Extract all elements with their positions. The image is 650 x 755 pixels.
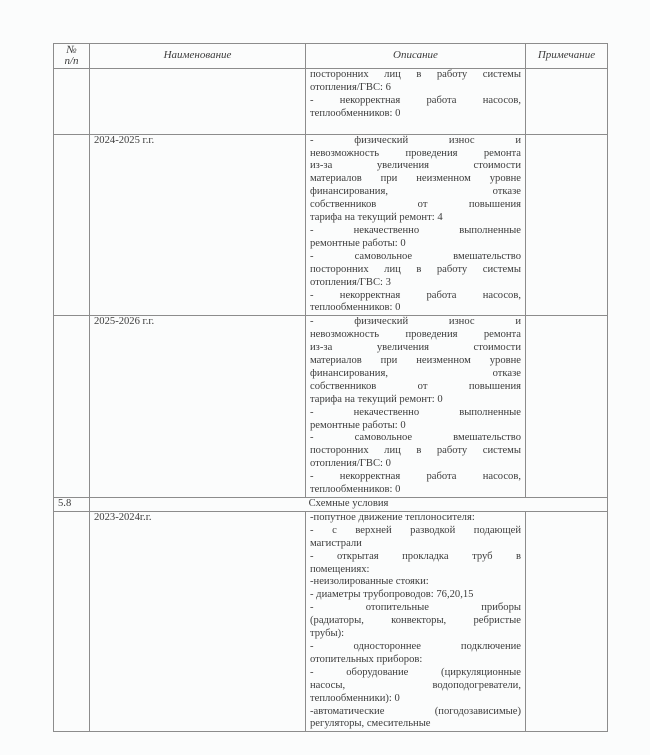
- document-table: № п/п Наименование Описание Примечание п…: [53, 43, 608, 732]
- description-line: теплообменники): 0: [310, 693, 521, 706]
- description-line: посторонних лиц в работу системы: [310, 264, 521, 277]
- description-line: невозможность проведения ремонта: [310, 148, 521, 161]
- description-line: - физический износ и: [310, 135, 521, 148]
- row-description: - физический износ иневозможность провед…: [306, 134, 526, 316]
- row-description: - физический износ иневозможность провед…: [306, 316, 526, 498]
- description-line: отопления/ГВС: 3: [310, 277, 521, 290]
- description-line: - оборудование (циркуляционные: [310, 667, 521, 680]
- description-line: материалов при неизменном уровне: [310, 173, 521, 186]
- description-line: - отопительные приборы: [310, 602, 521, 615]
- row-description: посторонних лиц в работу системыотоплени…: [306, 69, 526, 135]
- description-line: тарифа на текущий ремонт: 0: [310, 394, 521, 407]
- description-line: помещениях:: [310, 564, 521, 577]
- table-row: 2024-2025 г.г.- физический износ иневозм…: [54, 134, 608, 316]
- description-line: ремонтные работы: 0: [310, 420, 521, 433]
- description-line: из-за увеличения стоимости: [310, 160, 521, 173]
- description-line: - некачественно выполненные: [310, 407, 521, 420]
- description-line: - некорректная работа насосов,: [310, 471, 521, 484]
- description-line: - самовольное вмешательство: [310, 432, 521, 445]
- description-line: финансирования, отказе: [310, 368, 521, 381]
- description-line: регуляторы, смесительные: [310, 718, 521, 731]
- table-row: 2025-2026 г.г.- физический износ иневозм…: [54, 316, 608, 498]
- spacer: [310, 121, 521, 134]
- description-line: -неизолированные стояки:: [310, 576, 521, 589]
- description-line: ремонтные работы: 0: [310, 238, 521, 251]
- description-line: из-за увеличения стоимости: [310, 342, 521, 355]
- row-num: [54, 511, 90, 731]
- table-body: посторонних лиц в работу системыотоплени…: [54, 69, 608, 732]
- header-num-line1: №: [66, 44, 76, 56]
- row-num: [54, 316, 90, 498]
- description-line: - самовольное вмешательство: [310, 251, 521, 264]
- row-note: [526, 511, 608, 731]
- description-line: - некорректная работа насосов,: [310, 290, 521, 303]
- row-name: 2025-2026 г.г.: [90, 316, 306, 498]
- header-num: № п/п: [54, 44, 90, 69]
- description-line: теплообменников: 0: [310, 302, 521, 315]
- row-note: [526, 134, 608, 316]
- description-line: собственников от повышения: [310, 199, 521, 212]
- description-line: - некорректная работа насосов,: [310, 95, 521, 108]
- description-line: теплообменников: 0: [310, 484, 521, 497]
- description-line: - некачественно выполненные: [310, 225, 521, 238]
- description-line: насосы, водоподогреватели,: [310, 680, 521, 693]
- description-line: отопления/ГВС: 6: [310, 82, 521, 95]
- row-num: 5.8: [54, 498, 90, 512]
- row-description: -попутное движение теплоносителя:- с вер…: [306, 511, 526, 731]
- row-note: [526, 69, 608, 135]
- section-title: Схемные условия: [90, 498, 608, 512]
- row-num: [54, 134, 90, 316]
- description-line: отопительных приборов:: [310, 654, 521, 667]
- row-num: [54, 69, 90, 135]
- header-name: Наименование: [90, 44, 306, 69]
- description-line: посторонних лиц в работу системы: [310, 69, 521, 82]
- description-line: - одностороннее подключение: [310, 641, 521, 654]
- table-row: посторонних лиц в работу системыотоплени…: [54, 69, 608, 135]
- header-description: Описание: [306, 44, 526, 69]
- description-line: -попутное движение теплоносителя:: [310, 512, 521, 525]
- description-line: отопления/ГВС: 0: [310, 458, 521, 471]
- description-line: - диаметры трубопроводов: 76,20,15: [310, 589, 521, 602]
- header-note: Примечание: [526, 44, 608, 69]
- header-num-line2: п/п: [64, 55, 78, 67]
- row-name: 2024-2025 г.г.: [90, 134, 306, 316]
- row-name: [90, 69, 306, 135]
- description-line: -автоматические (погодозависимые): [310, 706, 521, 719]
- row-note: [526, 316, 608, 498]
- description-line: - с верхней разводкой подающей: [310, 525, 521, 538]
- description-line: - физический износ и: [310, 316, 521, 329]
- description-line: материалов при неизменном уровне: [310, 355, 521, 368]
- description-line: тарифа на текущий ремонт: 4: [310, 212, 521, 225]
- description-line: посторонних лиц в работу системы: [310, 445, 521, 458]
- row-name: 2023-2024г.г.: [90, 511, 306, 731]
- description-line: теплообменников: 0: [310, 108, 521, 121]
- description-line: невозможность проведения ремонта: [310, 329, 521, 342]
- description-line: - открытая прокладка труб в: [310, 551, 521, 564]
- description-line: магистрали: [310, 538, 521, 551]
- description-line: собственников от повышения: [310, 381, 521, 394]
- description-line: (радиаторы, конвекторы, ребристые: [310, 615, 521, 628]
- table-header-row: № п/п Наименование Описание Примечание: [54, 44, 608, 69]
- description-line: трубы):: [310, 628, 521, 641]
- description-line: финансирования, отказе: [310, 186, 521, 199]
- section-row: 5.8Схемные условия: [54, 498, 608, 512]
- table-row: 2023-2024г.г.-попутное движение теплонос…: [54, 511, 608, 731]
